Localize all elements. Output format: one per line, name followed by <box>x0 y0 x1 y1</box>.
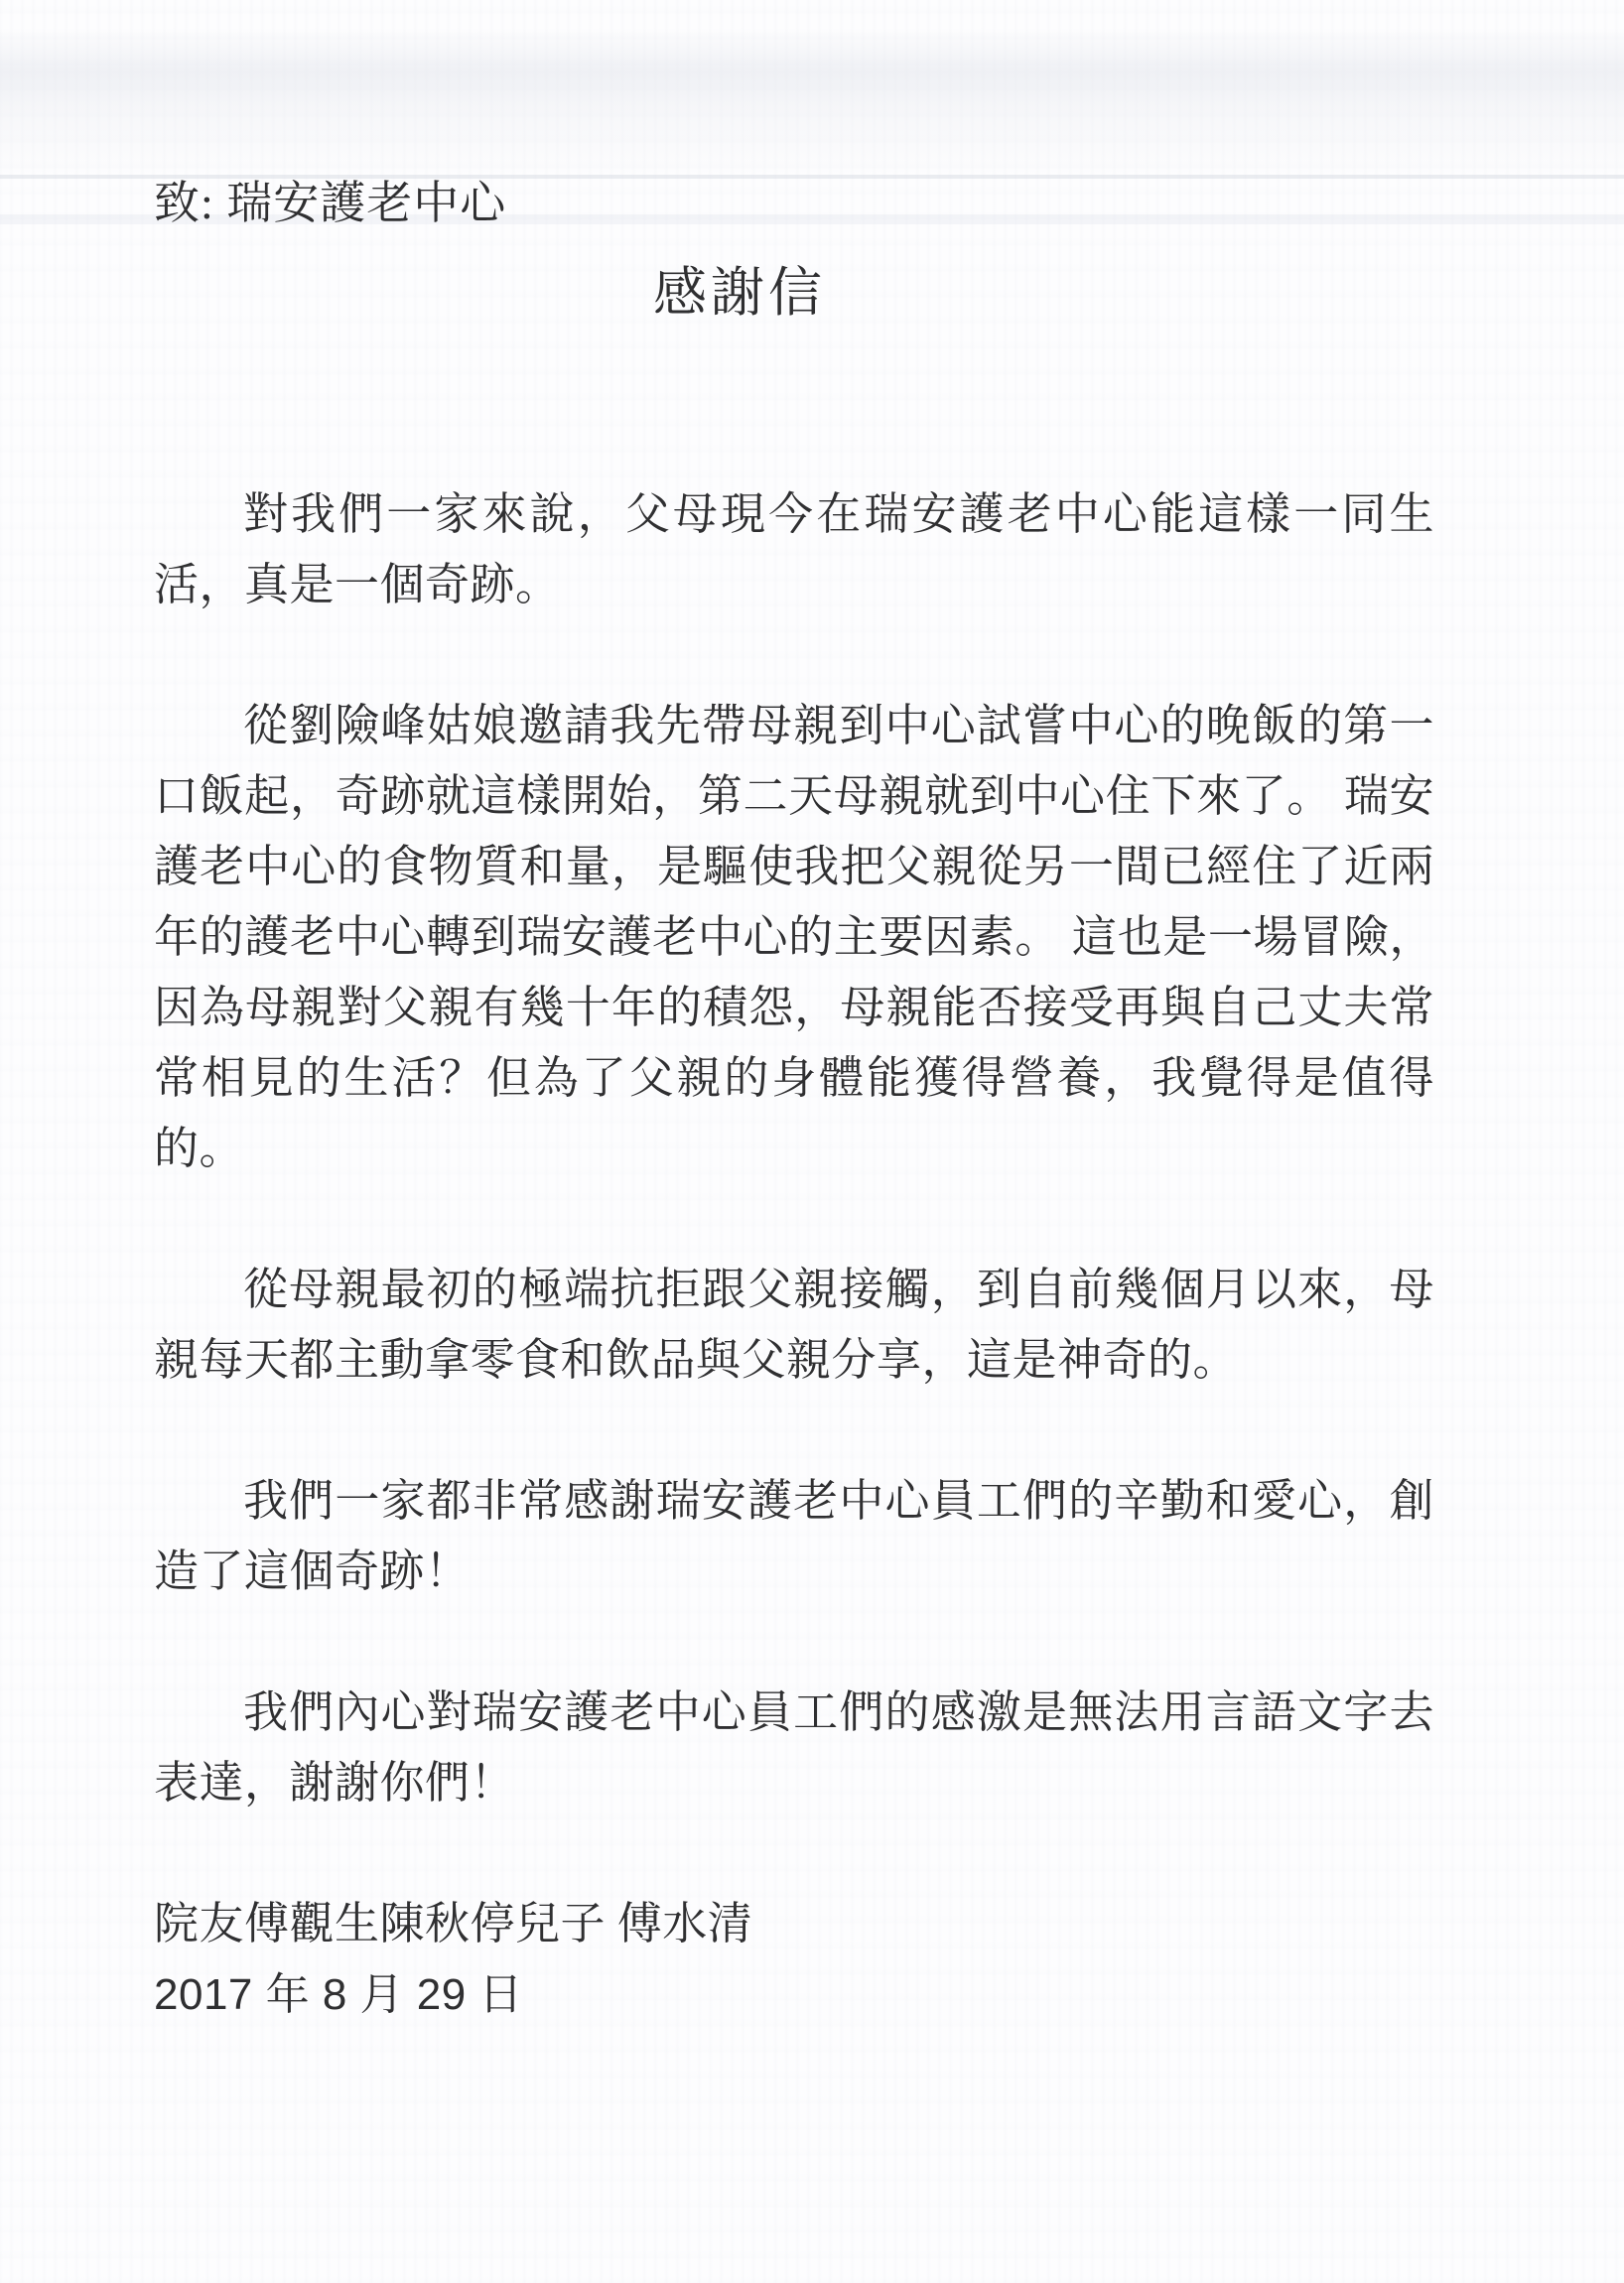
signature-line: 院友傅觀生陳秋停兒子 傅水清 <box>154 1889 1434 1959</box>
scanned-letter-page: 致: 瑞安護老中心 感謝信 對我們一家來說，父母現今在瑞安護老中心能這樣一同生活… <box>0 0 1624 2283</box>
paragraph-5: 我們內心對瑞安護老中心員工們的感激是無法用言語文字去表達，謝謝你們！ <box>154 1678 1434 1818</box>
paragraph-3: 從母親最初的極端抗拒跟父親接觸，到自前幾個月以來，母親每天都主動拿零食和飲品與父… <box>154 1255 1434 1396</box>
letter-body: 致: 瑞安護老中心 感謝信 對我們一家來說，父母現今在瑞安護老中心能這樣一同生活… <box>154 179 1434 2030</box>
letter-title: 感謝信 <box>99 263 1380 323</box>
salutation-line: 致: 瑞安護老中心 <box>154 179 1434 228</box>
letter-paragraphs: 對我們一家來說，父母現今在瑞安護老中心能這樣一同生活，真是一個奇跡。 從劉險峰姑… <box>154 479 1434 1818</box>
date-line: 2017 年 8 月 29 日 <box>154 1959 1434 2030</box>
scan-artifact-band <box>0 28 1624 177</box>
paragraph-2: 從劉險峰姑娘邀請我先帶母親到中心試嘗中心的晚飯的第一口飯起，奇跡就這樣開始，第二… <box>154 691 1434 1184</box>
paragraph-1: 對我們一家來說，父母現今在瑞安護老中心能這樣一同生活，真是一個奇跡。 <box>154 479 1434 620</box>
paragraph-4: 我們一家都非常感謝瑞安護老中心員工們的辛勤和愛心，創造了這個奇跡！ <box>154 1466 1434 1607</box>
